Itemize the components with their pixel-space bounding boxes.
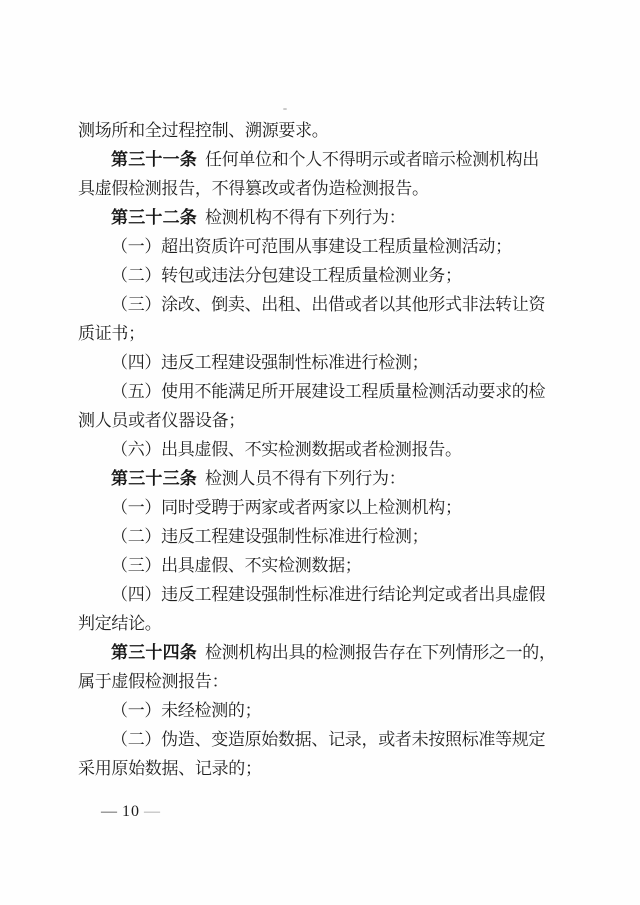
article-34-number: 第三十四条: [111, 643, 197, 662]
body-line: 测场所和全过程控制、溯源要求。: [78, 116, 568, 145]
article-33-text: 检测人员不得有下列行为：: [205, 469, 405, 488]
article-32-line: 第三十二条检测机构不得有下列行为：: [78, 203, 568, 232]
scan-speck: [283, 108, 287, 110]
body-line: 具虚假检测报告，不得篡改或者伪造检测报告。: [78, 174, 568, 203]
document-page: 测场所和全过程控制、溯源要求。 第三十一条任何单位和个人不得明示或者暗示检测机构…: [0, 0, 640, 905]
list-item: （二）违反工程建设强制性标准进行检测；: [78, 522, 568, 551]
list-item: （二）伪造、变造原始数据、记录，或者未按照标准等规定: [78, 725, 568, 754]
list-item: （二）转包或违法分包建设工程质量检测业务；: [78, 261, 568, 290]
body-line: 采用原始数据、记录的；: [78, 754, 568, 783]
list-item: （三）涂改、倒卖、出租、出借或者以其他形式非法转让资: [78, 290, 568, 319]
article-31-text: 任何单位和个人不得明示或者暗示检测机构出: [205, 150, 539, 169]
document-body: 测场所和全过程控制、溯源要求。 第三十一条任何单位和个人不得明示或者暗示检测机构…: [78, 116, 568, 783]
list-item: （一）同时受聘于两家或者两家以上检测机构；: [78, 493, 568, 522]
body-line: 测人员或者仪器设备；: [78, 406, 568, 435]
list-item: （四）违反工程建设强制性标准进行检测；: [78, 348, 568, 377]
list-item: （四）违反工程建设强制性标准进行结论判定或者出具虚假: [78, 580, 568, 609]
list-item: （一）未经检测的；: [78, 696, 568, 725]
article-31-line: 第三十一条任何单位和个人不得明示或者暗示检测机构出: [78, 145, 568, 174]
list-item: （一）超出资质许可范围从事建设工程质量检测活动；: [78, 232, 568, 261]
list-item: （六）出具虚假、不实检测数据或者检测报告。: [78, 435, 568, 464]
body-line: 判定结论。: [78, 609, 568, 638]
article-33-number: 第三十三条: [111, 469, 197, 488]
article-32-number: 第三十二条: [111, 208, 197, 227]
article-34-text: 检测机构出具的检测报告存在下列情形之一的，: [205, 643, 556, 662]
list-item: （三）出具虚假、不实检测数据；: [78, 551, 568, 580]
footer-dash-right: —: [144, 803, 161, 820]
body-line: 质证书；: [78, 319, 568, 348]
article-34-line: 第三十四条检测机构出具的检测报告存在下列情形之一的，: [78, 638, 568, 667]
article-31-number: 第三十一条: [111, 150, 197, 169]
page-number: 10: [118, 803, 144, 820]
article-33-line: 第三十三条检测人员不得有下列行为：: [78, 464, 568, 493]
page-footer: —10—: [101, 802, 161, 822]
body-line: 属于虚假检测报告：: [78, 667, 568, 696]
article-32-text: 检测机构不得有下列行为：: [205, 208, 405, 227]
footer-dash-left: —: [101, 803, 118, 820]
list-item: （五）使用不能满足所开展建设工程质量检测活动要求的检: [78, 377, 568, 406]
